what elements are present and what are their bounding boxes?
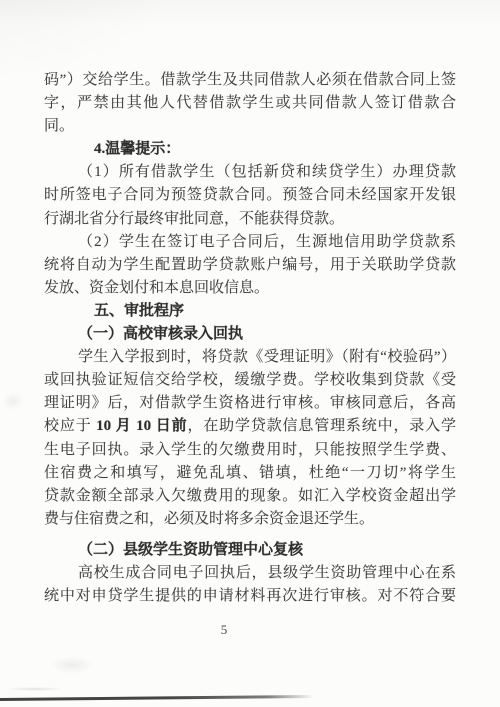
text-line: 费与住宿费之和，必须及时将多余资金退还学生。 [44, 508, 456, 531]
text-line: 字，严禁由其他人代替借款学生或共同借款人签订借款合 [44, 92, 456, 115]
text-line: 码”）交给学生。借款学生及共同借款人必须在借款合同上签 [44, 69, 456, 92]
text-line: 时所签电子合同为预签贷款合同。预签合同未经国家开发银 [44, 184, 456, 207]
text-line: 统将自动为学生配置助学贷款账户编号，用于关联助学贷款 [44, 254, 456, 277]
section-heading: 4.温馨提示： [44, 138, 456, 161]
page-number: 5 [44, 622, 404, 638]
scan-smudge-artifact [50, 656, 94, 674]
document-text-block: 码”）交给学生。借款学生及共同借款人必须在借款合同上签 字，严禁由其他人代替借款… [44, 69, 456, 608]
scan-faint-line-artifact [6, 687, 64, 691]
text-line: 贷款金额全部录入欠缴费用的现象。如汇入学校资金超出学 [44, 485, 456, 508]
text-line: 生电子回执。录入学生的欠缴费用时，只能按照学生学费、 [44, 439, 456, 462]
text-segment: 校应于 [44, 418, 96, 434]
text-line: 或回执验证短信交给学校，缓缴学费。学校收集到贷款《受 [44, 369, 456, 392]
text-line: 高校生成合同电子回执后，县级学生资助管理中心在系 [44, 562, 456, 585]
scan-edge-line-artifact [0, 695, 314, 701]
text-line: 理证明》后，对借款学生资格进行审核。审核同意后，各高 [44, 392, 456, 415]
scan-smudge-artifact [2, 392, 24, 410]
text-line: （1）所有借款学生（包括新贷和续贷学生）办理贷款 [44, 161, 456, 184]
text-line: 行湖北省分行最终审批同意，不能获得贷款。 [44, 208, 456, 231]
text-line: 统中对申贷学生提供的申请材料再次进行审核。对不符合要 [44, 585, 456, 608]
bold-date-text: 10 月 10 日前 [96, 418, 187, 434]
text-line: （2）学生在签订电子合同后，生源地信用助学贷款系 [44, 231, 456, 254]
scanned-document-page: 码”）交给学生。借款学生及共同借款人必须在借款合同上签 字，严禁由其他人代替借款… [0, 0, 500, 707]
text-line: 发放、资金划付和本息回收信息。 [44, 277, 456, 300]
section-heading: （二）县级学生资助管理中心复核 [44, 539, 456, 562]
text-segment: ，在助学贷款信息管理系统中，录入学 [187, 418, 456, 434]
section-heading: 五、审批程序 [44, 300, 456, 323]
text-line: 同。 [44, 115, 456, 138]
text-line: 住宿费之和填写，避免乱填、错填，杜绝“一刀切”将学生 [44, 462, 456, 485]
text-line: 校应于 10 月 10 日前，在助学贷款信息管理系统中，录入学 [44, 415, 456, 438]
section-heading: （一）高校审核录入回执 [44, 323, 456, 346]
text-line: 学生入学报到时，将贷款《受理证明》（附有“校验码”） [44, 346, 456, 369]
